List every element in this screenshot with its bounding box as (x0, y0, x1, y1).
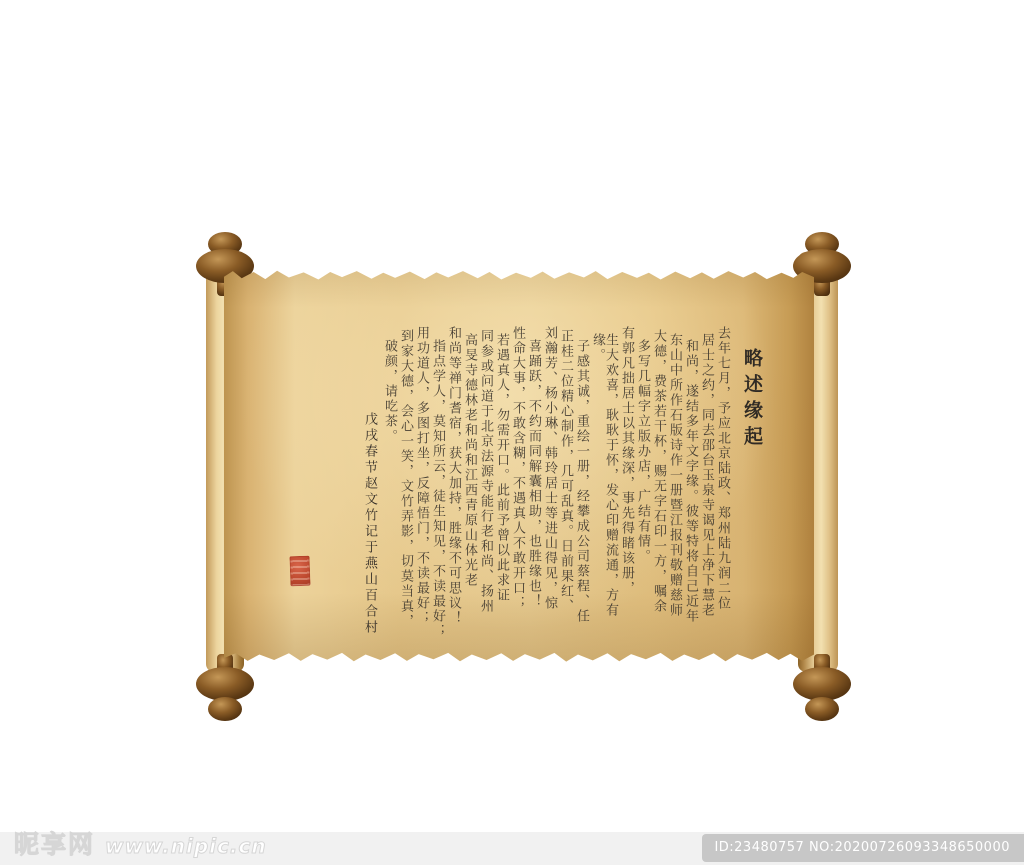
text-column: 若遇真人，勿需开口。此前予曾以此求证 (495, 333, 508, 644)
text-column: 多写几幅字立版办店，广结有情。 (636, 339, 649, 644)
signature-column: 戊戌春节赵文竹记于燕山百合村 (360, 412, 379, 644)
roller-knob-bottom-right-icon (790, 652, 854, 728)
text-column: 去年七月，予应北京陆政、郑州陆九润二位 (716, 326, 729, 644)
watermark-bar: 昵享网 www.nipic.cn ID:23480757 NO:20200726… (0, 832, 1024, 865)
site-watermark: 昵享网 www.nipic.cn (14, 825, 267, 861)
red-seal-stamp (289, 556, 310, 587)
site-url: www.nipic.cn (105, 834, 267, 858)
text-column: 大德，费茶若干杯，赐无字石印一方，嘱余 (652, 329, 665, 644)
text-column: 子感其诚，重绘一册，经攀成公司蔡程、任 (575, 339, 588, 644)
text-column: 有郭凡拙居士以其缘深，事先得睹该册， (620, 326, 633, 644)
roller-knob-bottom-left-icon (193, 652, 257, 728)
site-logo: 昵享网 (14, 825, 95, 861)
text-column: 居士之约，同去邵台玉泉寺谒见上净下慧老 (700, 333, 713, 644)
text-column: 刘瀚芳、杨小琳、韩玲居士等进山得见，惊 (543, 326, 556, 644)
text-column: 生大欢喜，耿耿于怀，发心印赠流通，方有缘。 (591, 333, 617, 644)
scroll-title: 略述缘起 (739, 348, 766, 644)
image-id-badge: ID:23480757 NO:20200726093348650000 (702, 834, 1024, 862)
calligraphy-text-block: 略述缘起 去年七月，予应北京陆政、郑州陆九润二位居士之约，同去邵台玉泉寺谒见上净… (322, 326, 772, 644)
text-column: 破颜，请吃茶。 (383, 339, 396, 644)
text-column: 正桂二位精心制作，几可乱真。日前果红、 (559, 329, 572, 644)
text-column: 东山中所作石版诗作一册暨江报刊敬赠慈师 (668, 333, 681, 644)
text-column: 喜踊跃，不约而同解囊相助，也胜缘也！ (527, 339, 540, 644)
stock-image-page: 略述缘起 去年七月，予应北京陆政、郑州陆九润二位居士之约，同去邵台玉泉寺谒见上净… (0, 0, 1024, 865)
text-column: 和尚等禅门耆宿，获大加持，胜缘不可思议！ (447, 326, 460, 644)
text-column: 高旻寺德林老和尚和江西青原山体光老 (463, 333, 476, 644)
text-column: 和尚，遂结多年文字缘。彼等特将自己近年 (684, 339, 697, 644)
text-column: 性命大事，不敢含糊，不遇真人不敢开口； (511, 326, 524, 644)
text-column: 到家大德，会心一笑，文竹弄影，切莫当真， (399, 329, 412, 644)
text-column: 指点学人，莫知所云，徒生知见，不读最好； (431, 339, 444, 644)
text-column: 同参或问道于北京法源寺能行老和尚、扬州 (479, 329, 492, 644)
text-column: 用功道人，多图打坐，反障悟门，不读最好； (415, 326, 428, 644)
